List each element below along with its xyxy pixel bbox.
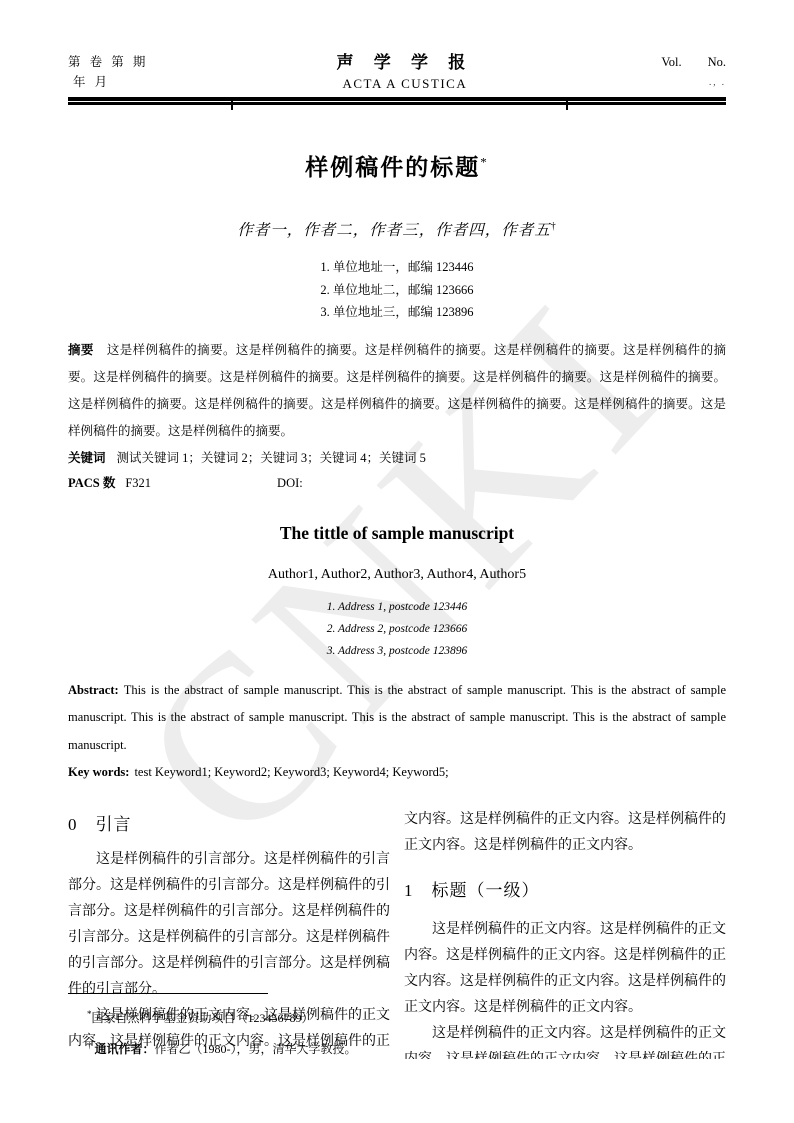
- issue-date-line: 年 月: [68, 72, 148, 92]
- issue-volume-line: 第 卷 第 期: [68, 52, 148, 72]
- affiliation-en-1: 1. Address 1, postcode 123446: [68, 596, 726, 618]
- abstract-cn-label: 摘要: [68, 343, 94, 357]
- manuscript-page: CNKI 第 卷 第 期 年 月 声 学 学 报 ACTA A CUSTICA …: [0, 0, 794, 1123]
- affiliation-cn-3: 3. 单位地址三，邮编 123896: [68, 301, 726, 324]
- issue-info: 第 卷 第 期 年 月: [68, 52, 148, 96]
- abstract-en-text: This is the abstract of sample manuscrip…: [68, 683, 726, 752]
- journal-header: 第 卷 第 期 年 月 声 学 学 报 ACTA A CUSTICA Vol. …: [68, 52, 726, 96]
- doi-label: DOI:: [277, 472, 303, 495]
- authors-en: Author1, Author2, Author3, Author4, Auth…: [68, 567, 726, 583]
- corr-footnote-text: 作者乙（1980-），男，清华大学教授。: [155, 1042, 357, 1056]
- corresponding-author-footnote: † 通讯作者：作者乙（1980-），男，清华大学教授。: [68, 1032, 728, 1063]
- affiliation-cn-2: 2. 单位地址二，邮编 123666: [68, 279, 726, 302]
- article-title-en: The tittle of sample manuscript: [68, 523, 726, 544]
- section-1-number: 1: [404, 881, 414, 900]
- abstract-cn-text: 这是样例稿件的摘要。这是样例稿件的摘要。这是样例稿件的摘要。这是样例稿件的摘要。…: [68, 343, 726, 438]
- keywords-en-label: Key words:: [68, 765, 129, 779]
- page-content: 第 卷 第 期 年 月 声 学 学 报 ACTA A CUSTICA Vol. …: [0, 52, 794, 1059]
- body-paragraph-continuation: 文内容。这是样例稿件的正文内容。这是样例稿件的正文内容。这是样例稿件的正文内容。: [404, 807, 726, 859]
- affiliation-cn-1: 1. 单位地址一，邮编 123446: [68, 256, 726, 279]
- article-title-cn: 样例稿件的标题*: [68, 149, 726, 182]
- affiliation-en-2: 2. Address 2, postcode 123666: [68, 618, 726, 640]
- header-double-rule: [68, 97, 726, 105]
- keywords-cn-label: 关键词: [68, 451, 106, 465]
- funding-footnote-text: 国家自然科学基金资助项目（123456789）: [92, 1011, 314, 1025]
- rule-tick-right: [566, 99, 568, 110]
- footnote-area: *国家自然科学基金资助项目（123456789） † 通讯作者：作者乙（1980…: [68, 993, 728, 1063]
- section-heading-0: 0引言: [68, 813, 390, 837]
- journal-title-block: 声 学 学 报 ACTA A CUSTICA: [336, 52, 473, 96]
- abstract-en: Abstract:This is the abstract of sample …: [68, 677, 726, 760]
- keywords-en-text: test Keyword1; Keyword2; Keyword3; Keywo…: [134, 765, 448, 779]
- corr-footnote-marker: †: [87, 1040, 92, 1050]
- corresponding-author-marker: †: [551, 221, 557, 232]
- vol-label: Vol.: [661, 52, 681, 72]
- abstract-cn: 摘要这是样例稿件的摘要。这是样例稿件的摘要。这是样例稿件的摘要。这是样例稿件的摘…: [68, 337, 726, 445]
- footnote-divider: [68, 993, 268, 994]
- authors-cn: 作者一，作者二，作者三，作者四，作者五†: [68, 218, 726, 240]
- section-0-title: 引言: [96, 815, 132, 834]
- affiliations-en: 1. Address 1, postcode 123446 2. Address…: [68, 596, 726, 662]
- volume-sub-text: ., .: [661, 72, 726, 92]
- rule-tick-left: [231, 99, 233, 110]
- abstract-en-label: Abstract:: [68, 683, 119, 697]
- journal-title-cn: 声 学 学 报: [336, 52, 473, 74]
- affiliation-en-3: 3. Address 3, postcode 123896: [68, 640, 726, 662]
- article-title-cn-text: 样例稿件的标题: [305, 154, 480, 180]
- pacs-value: F321: [125, 472, 151, 495]
- title-footnote-marker: *: [480, 154, 489, 169]
- authors-cn-text: 作者一，作者二，作者三，作者四，作者五: [237, 222, 551, 239]
- no-label: No.: [708, 52, 726, 72]
- journal-title-en: ACTA A CUSTICA: [336, 74, 473, 94]
- keywords-cn-text: 测试关键词 1；关键词 2；关键词 3；关键词 4；关键词 5: [117, 451, 426, 465]
- affiliations-cn: 1. 单位地址一，邮编 123446 2. 单位地址二，邮编 123666 3.…: [68, 256, 726, 324]
- keywords-en: Key words:test Keyword1; Keyword2; Keywo…: [68, 759, 726, 787]
- pacs-label: PACS 数: [68, 472, 115, 495]
- keywords-cn: 关键词测试关键词 1；关键词 2；关键词 3；关键词 4；关键词 5: [68, 447, 726, 470]
- section-heading-1: 1标题（一级）: [404, 879, 726, 903]
- section-0-number: 0: [68, 815, 78, 834]
- volume-number-block: Vol. No. ., .: [661, 52, 726, 96]
- corr-footnote-label: 通讯作者：: [95, 1042, 155, 1056]
- intro-paragraph: 这是样例稿件的引言部分。这是样例稿件的引言部分。这是样例稿件的引言部分。这是样例…: [68, 847, 390, 1003]
- funding-footnote: *国家自然科学基金资助项目（123456789）: [68, 1001, 728, 1032]
- section-1-title: 标题（一级）: [432, 881, 540, 900]
- pacs-doi-line: PACS 数 F321 DOI:: [68, 472, 726, 495]
